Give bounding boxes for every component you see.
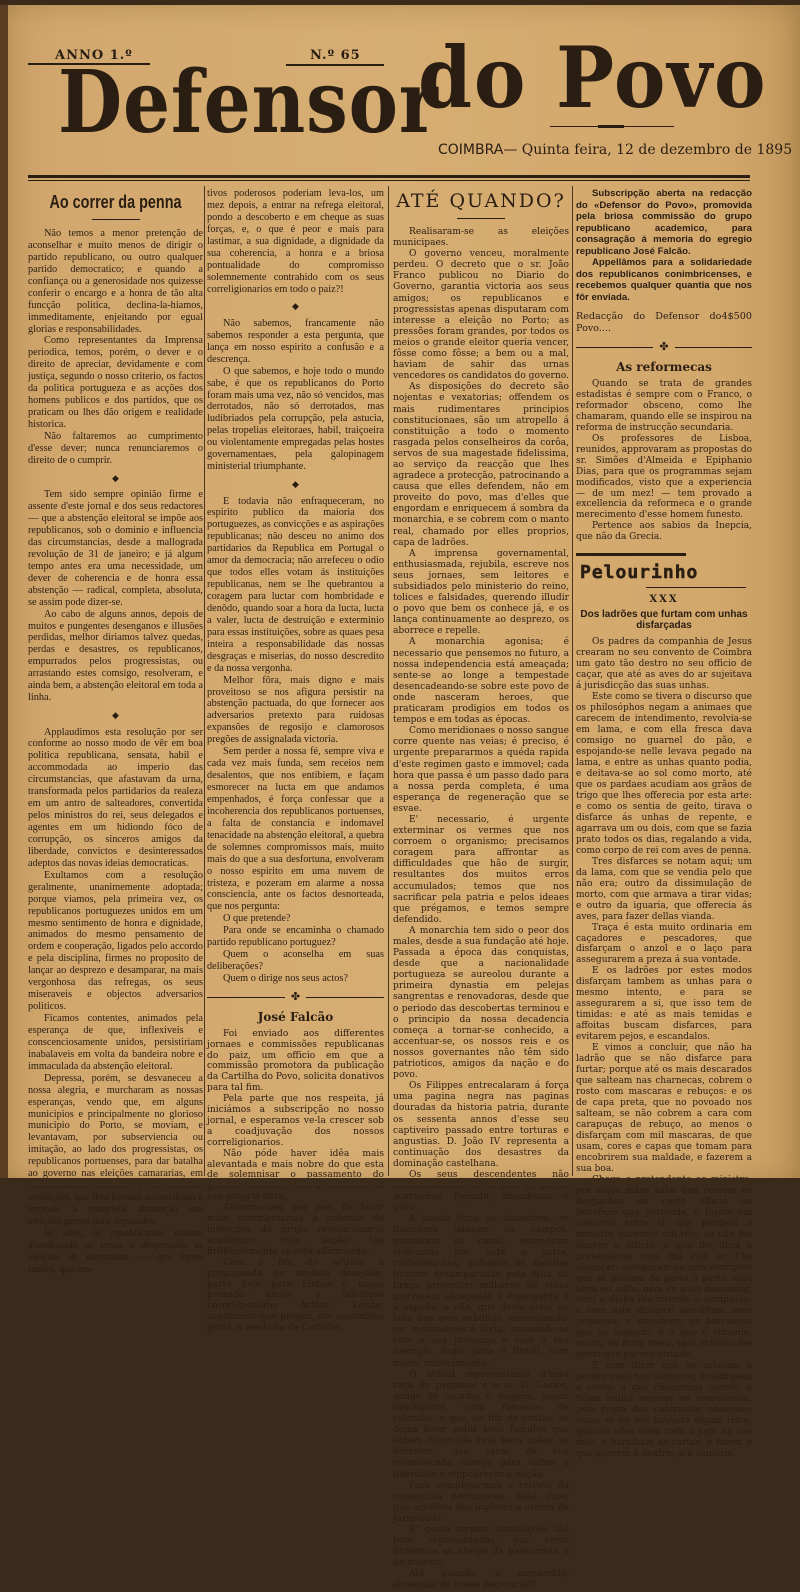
paragraph: Pertence aos sabios da Inepcia, que não … (576, 521, 752, 543)
paragraph: Quem o aconselha em suas deliberações? (207, 949, 384, 973)
paragraph: Os Filippes entrecalaram á força uma pag… (393, 1081, 569, 1170)
ledger-amount: 4$500 (721, 311, 752, 334)
paragraph: A imprensa governamental, enthusiasmada,… (393, 549, 569, 638)
paragraph: Este como se tivera o discurso que os ph… (576, 692, 752, 857)
paragraph: Como representantes da Imprensa periodic… (28, 335, 203, 431)
paragraph: Não temos a menor pretenção de aconselha… (28, 228, 203, 335)
section-number: XXX (576, 594, 752, 605)
subscription-notice: Subscripção aberta na redacção do «Defen… (576, 188, 752, 303)
paragraph: Foi enviado aos differentes jornaes e co… (207, 1029, 384, 1094)
paragraph: E os ladrões por estes modos disfarçam t… (576, 966, 752, 1043)
paragraph: Exultamos com a resolução geralmente, un… (28, 870, 203, 1013)
article-subheading: Dos ladrões que furtam com unhas disfarç… (576, 609, 752, 631)
paragraph: Quando se trata de grandes estadistas é … (576, 379, 752, 434)
fleuron-icon: ✤ (285, 991, 306, 1004)
ornament-divider: ✤ (576, 340, 752, 353)
paragraph: Não faltaremos ao cumprimento d'esse dev… (28, 431, 203, 467)
masthead-rule (28, 175, 750, 178)
paragraph: Como meridionaes o nosso sangue corre qu… (393, 726, 569, 815)
page-edge (0, 1178, 800, 1186)
city: COIMBRA (438, 142, 503, 158)
diamond-ornament-icon: ◆ (207, 479, 384, 489)
newspaper-title-part2: do Povo (418, 36, 767, 120)
paragraph: Para onde se encaminha o chamado partido… (207, 925, 384, 949)
paragraph: A monarchia tem sido o peor dos males, d… (393, 926, 569, 1081)
newspaper-title-part1: Defensor (58, 60, 439, 146)
divider (646, 587, 746, 588)
paragraph: O que sabemos, e hoje todo o mundo sabe,… (207, 366, 384, 473)
column-4: Subscripção aberta na redacção do «Defen… (576, 188, 752, 1186)
paragraph: Tres disfarces se notam aqui; um da lama… (576, 857, 752, 923)
paragraph: Realisaram-se as eleições municipaes. (393, 227, 569, 249)
divider (457, 218, 505, 219)
column-divider (572, 186, 573, 1176)
paragraph: Os padres da companhia de Jesus crearam … (576, 637, 752, 692)
fleuron-icon: ✤ (653, 340, 674, 353)
paragraph: Pela parte que nos respeita, já iniciámo… (207, 1094, 384, 1149)
paragraph: Ficamos contentes, animados pela esperan… (28, 1013, 203, 1073)
paragraph: O que pretende? (207, 913, 384, 925)
paragraph: E vimos a concluir, que não ha ladrão qu… (576, 1043, 752, 1175)
paragraph: Traça é esta muito ordinaria em caçadore… (576, 923, 752, 967)
subscription-ledger-row: Redacção do Defensor do Povo.... 4$500 (576, 311, 752, 334)
column-1: Ao correr da penna Não temos a menor pre… (28, 188, 203, 1186)
article-heading: ATÉ QUANDO? (393, 190, 569, 212)
ledger-label: Redacção do Defensor do Povo.... (576, 311, 721, 334)
paragraph: Melhor fôra, mais digno e mais proveitos… (207, 675, 384, 747)
paragraph: Applaudimos esta resolução por ser confo… (28, 727, 203, 870)
newspaper-page: ANNO 1.º N.º 65 Defensor do Povo COIMBRA… (0, 0, 800, 1186)
divider (576, 553, 686, 556)
diamond-ornament-icon: ◆ (28, 710, 203, 720)
article-heading: José Falcão (207, 1010, 384, 1024)
paragraph: Appellâmos para a solidariedade dos repu… (576, 257, 752, 303)
paragraph: As disposições do decreto são nojentas e… (393, 382, 569, 548)
divider (92, 219, 140, 220)
paragraph: E' necessario, é urgente exterminar os v… (393, 815, 569, 926)
paragraph: O governo venceu, moralmente perdeu. O d… (393, 249, 569, 382)
paragraph: Não sabemos, francamente não sabemos res… (207, 318, 384, 366)
column-divider (388, 186, 389, 1176)
paragraph: Depressa, porém, se desvaneceu a nossa a… (28, 1073, 203, 1186)
diamond-ornament-icon: ◆ (207, 301, 384, 311)
paragraph: Tem sido sempre opinião firme e assente … (28, 489, 203, 608)
paragraph: Os professores de Lisboa, reunidos, appr… (576, 434, 752, 522)
paragraph: tivos poderosos poderiam leva-los, um me… (207, 188, 384, 295)
masthead-rule-thin (28, 180, 750, 181)
column-3: ATÉ QUANDO? Realisaram-se as eleições mu… (393, 188, 569, 1186)
ornament-divider: ✤ (207, 991, 384, 1004)
column-divider (204, 186, 205, 1176)
paragraph: Subscripção aberta na redacção do «Defen… (576, 188, 752, 257)
paragraph: A monarchia agonisa; é necessario que pe… (393, 637, 569, 726)
paragraph: Sem perder a nossa fé, sempre viva e cad… (207, 746, 384, 913)
article-heading: Ao correr da penna (46, 192, 186, 213)
article-heading: As reformecas (576, 360, 752, 374)
paragraph: Quem o dirige nos seus actos? (207, 973, 384, 985)
column-2: tivos poderosos poderiam leva-los, um me… (207, 188, 384, 1186)
paragraph: E todavia não enfraqueceram, no espirito… (207, 496, 384, 675)
diamond-ornament-icon: ◆ (28, 473, 203, 483)
dateline: COIMBRA— Quinta feira, 12 de dezembro de… (438, 142, 792, 158)
section-heading: Pelourinho (580, 562, 752, 583)
ornament-rule (550, 126, 674, 127)
paragraph: Ao cabo de alguns annos, depois de muito… (28, 609, 203, 705)
date: — Quinta feira, 12 de dezembro de 1895 (503, 142, 792, 158)
